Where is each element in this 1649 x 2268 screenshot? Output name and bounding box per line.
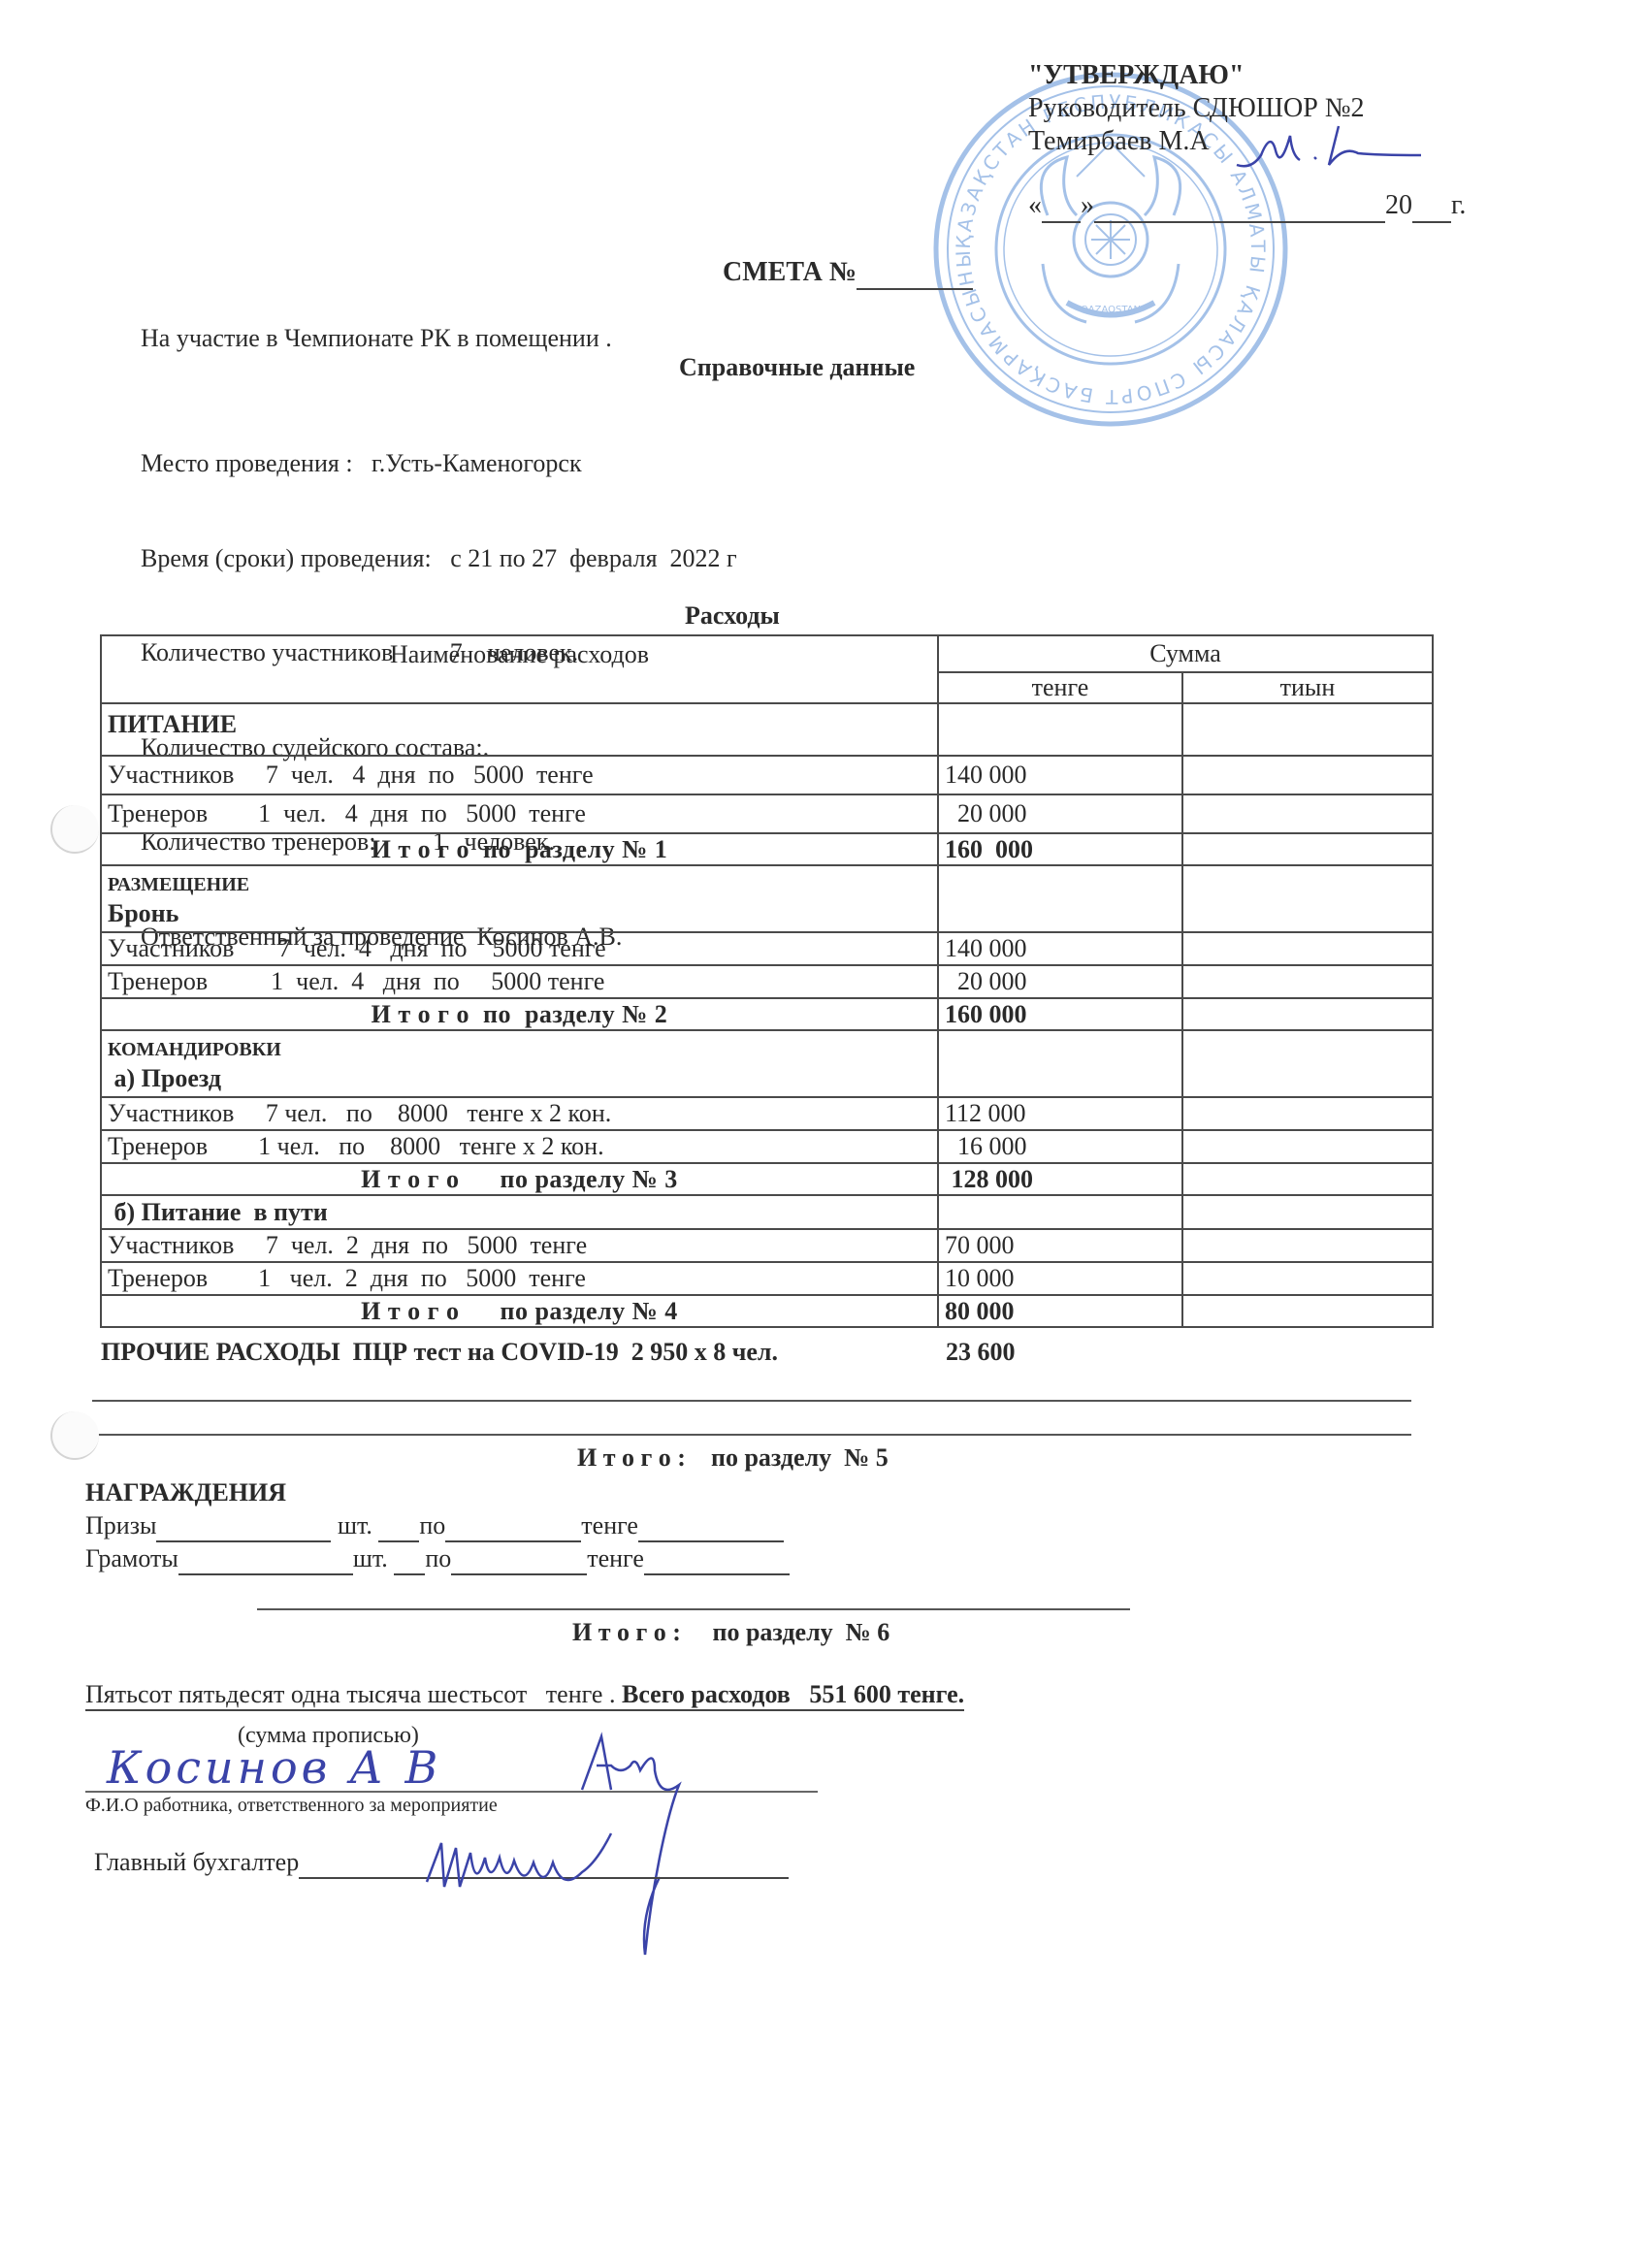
amount-tenge-cell: 20 000 <box>938 965 1182 998</box>
table-row: И т о г о по разделу № 3 128 000 <box>101 1163 1433 1195</box>
punch-hole-mark <box>50 805 99 854</box>
table-row: Тренеров 1 чел. по 8000 тенге х 2 кон. 1… <box>101 1130 1433 1163</box>
expense-item-label: Тренеров 1 чел. по 8000 тенге х 2 кон. <box>101 1130 938 1163</box>
blank-line-1[interactable] <box>92 1400 1411 1402</box>
amount-tiyn-cell <box>1182 756 1433 794</box>
section-title: РАЗМЕЩЕНИЕ <box>108 870 931 899</box>
section-total-label: И т о г о по разделу № 1 <box>101 833 938 865</box>
amount-tenge-cell: 70 000 <box>938 1229 1182 1262</box>
expenses-heading: Расходы <box>685 601 780 631</box>
table-row: РАЗМЕЩЕНИЕБронь <box>101 865 1433 932</box>
certificates-price-field[interactable] <box>451 1544 587 1575</box>
amount-tiyn-cell <box>1182 794 1433 833</box>
estimate-number-field[interactable] <box>857 257 973 290</box>
awards-row-prizes: Призы шт. по тенге <box>85 1511 784 1542</box>
table-row: Участников 7 чел. 4 дня по 5000 тенге140… <box>101 756 1433 794</box>
reference-venue: Место проведения : г.Усть-Каменогорск <box>141 448 737 480</box>
amount-tenge-cell <box>938 1195 1182 1229</box>
expense-item-label: Участников 7 чел. 2 дня по 5000 тенге <box>101 1229 938 1262</box>
expense-item-label: Тренеров 1 чел. 4 дня по 5000 тенге <box>101 794 938 833</box>
table-row: Тренеров 1 чел. 4 дня по 5000 тенге 20 0… <box>101 794 1433 833</box>
section-total-label: И т о г о по разделу № 2 <box>101 998 938 1030</box>
amount-tiyn-cell <box>1182 1097 1433 1130</box>
grand-total-amount: Всего расходов 551 600 тенге. <box>622 1680 964 1708</box>
expense-item-label: Тренеров 1 чел. 2 дня по 5000 тенге <box>101 1262 938 1295</box>
section-heading: ПИТАНИЕ <box>101 703 938 756</box>
table-row: ПИТАНИЕ <box>101 703 1433 756</box>
table-row: б) Питание в пути <box>101 1195 1433 1229</box>
amount-tiyn-cell <box>1182 865 1433 932</box>
section-subtitle: а) Проезд <box>108 1064 931 1093</box>
section-subtitle: Бронь <box>108 899 931 928</box>
table-row: Участников 7 чел. 4 дня по 5000 тенге140… <box>101 932 1433 965</box>
responsible-handwritten-name: Косинов А В <box>107 1741 441 1794</box>
estimate-purpose: На участие в Чемпионате РК в помещении . <box>141 324 612 353</box>
amount-tiyn-cell <box>1182 1295 1433 1327</box>
prizes-quantity-field[interactable] <box>156 1511 331 1542</box>
column-header-sum: Сумма <box>938 635 1433 672</box>
reference-dates: Время (сроки) проведения: с 21 по 27 фев… <box>141 543 737 575</box>
approval-name: Темирбаев М.А <box>1028 126 1210 157</box>
amount-tenge-cell <box>938 865 1182 932</box>
amount-tiyn-cell <box>1182 932 1433 965</box>
section-title: КОМАНДИРОВКИ <box>108 1035 931 1064</box>
prizes-count-field[interactable] <box>378 1511 419 1542</box>
section-total-label: И т о г о по разделу № 4 <box>101 1295 938 1327</box>
amount-tenge-cell: 160 000 <box>938 998 1182 1030</box>
amount-tenge-cell: 140 000 <box>938 932 1182 965</box>
section6-total: И т о г о : по разделу № 6 <box>572 1618 889 1647</box>
certificates-total-field[interactable] <box>644 1544 790 1575</box>
estimate-title: СМЕТА № <box>723 257 973 290</box>
amount-tenge-cell: 10 000 <box>938 1262 1182 1295</box>
expense-item-label: Участников 7 чел. 4 дня по 5000 тенге <box>101 932 938 965</box>
date-year-field[interactable] <box>1412 190 1451 223</box>
amount-tenge-cell: 140 000 <box>938 756 1182 794</box>
amount-tiyn-cell <box>1182 1163 1433 1195</box>
stamp-center-word: QAZAQSTAN <box>1081 305 1141 315</box>
grand-total-line: Пятьсот пятьдесят одна тысяча шестьсот т… <box>85 1680 964 1711</box>
blank-line-2[interactable] <box>97 1434 1411 1436</box>
table-row: Тренеров 1 чел. 4 дня по 5000 тенге 20 0… <box>101 965 1433 998</box>
approval-date-line: « » 20 г. <box>1028 190 1466 223</box>
other-expenses-label: ПРОЧИЕ РАСХОДЫ ПЦР тест на COVID-19 2 95… <box>101 1338 778 1367</box>
date-day-field[interactable] <box>1042 190 1081 223</box>
punch-hole-mark <box>50 1411 99 1460</box>
section5-total: И т о г о : по разделу № 5 <box>577 1443 889 1473</box>
awards-row-certificates: Грамоты шт. по тенге <box>85 1544 790 1575</box>
prizes-price-field[interactable] <box>445 1511 581 1542</box>
column-header-name: Наименование расходов <box>101 635 938 703</box>
amount-tenge-cell: 20 000 <box>938 794 1182 833</box>
amount-tiyn-cell <box>1182 703 1433 756</box>
certificates-quantity-field[interactable] <box>178 1544 353 1575</box>
amount-tenge-cell <box>938 703 1182 756</box>
approval-title: "УТВЕРЖДАЮ" <box>1028 60 1244 91</box>
amount-tiyn-cell <box>1182 1130 1433 1163</box>
amount-tenge-cell <box>938 1030 1182 1097</box>
reference-heading: Справочные данные <box>679 353 915 382</box>
amount-tiyn-cell <box>1182 965 1433 998</box>
amount-tiyn-cell <box>1182 1195 1433 1229</box>
responsible-caption: Ф.И.О работника, ответственного за мероп… <box>85 1795 498 1817</box>
amount-tenge-cell: 160 000 <box>938 833 1182 865</box>
expense-item-label: Участников 7 чел. 4 дня по 5000 тенге <box>101 756 938 794</box>
table-row: И т о г о по разделу № 2160 000 <box>101 998 1433 1030</box>
column-header-tiyn: тиын <box>1182 672 1433 703</box>
table-row: И т о г о по разделу № 1160 000 <box>101 833 1433 865</box>
column-header-tenge: тенге <box>938 672 1182 703</box>
blank-line-3[interactable] <box>257 1608 1130 1610</box>
expense-item-label: Участников 7 чел. по 8000 тенге х 2 кон. <box>101 1097 938 1130</box>
table-row: И т о г о по разделу № 480 000 <box>101 1295 1433 1327</box>
section-heading: КОМАНДИРОВКИ а) Проезд <box>101 1030 938 1097</box>
amount-tiyn-cell <box>1182 1229 1433 1262</box>
subsection-heading: б) Питание в пути <box>101 1195 938 1229</box>
amount-tenge-cell: 80 000 <box>938 1295 1182 1327</box>
amount-tiyn-cell <box>1182 1030 1433 1097</box>
certificates-count-field[interactable] <box>394 1544 425 1575</box>
expenses-table: Наименование расходов Сумма тенге тиын П… <box>100 634 1434 1328</box>
chief-accountant-signature <box>417 1824 640 1911</box>
table-row: КОМАНДИРОВКИ а) Проезд <box>101 1030 1433 1097</box>
section-total-label: И т о г о по разделу № 3 <box>101 1163 938 1195</box>
amount-tiyn-cell <box>1182 998 1433 1030</box>
amount-tiyn-cell <box>1182 1262 1433 1295</box>
director-signature <box>1232 116 1426 175</box>
amount-tenge-cell: 112 000 <box>938 1097 1182 1130</box>
date-month-field[interactable] <box>1094 190 1385 223</box>
table-row: Участников 7 чел. по 8000 тенге х 2 кон.… <box>101 1097 1433 1130</box>
amount-tenge-cell: 16 000 <box>938 1130 1182 1163</box>
awards-heading: НАГРАЖДЕНИЯ <box>85 1478 286 1507</box>
table-row: Тренеров 1 чел. 2 дня по 5000 тенге10 00… <box>101 1262 1433 1295</box>
other-expenses-amount: 23 600 <box>946 1338 1016 1367</box>
prizes-total-field[interactable] <box>638 1511 784 1542</box>
table-row: Участников 7 чел. 2 дня по 5000 тенге70 … <box>101 1229 1433 1262</box>
amount-tiyn-cell <box>1182 833 1433 865</box>
expense-item-label: Тренеров 1 чел. 4 дня по 5000 тенге <box>101 965 938 998</box>
grand-total-in-words: Пятьсот пятьдесят одна тысяча шестьсот т… <box>85 1680 615 1708</box>
amount-tenge-cell: 128 000 <box>938 1163 1182 1195</box>
section-heading: РАЗМЕЩЕНИЕБронь <box>101 865 938 932</box>
